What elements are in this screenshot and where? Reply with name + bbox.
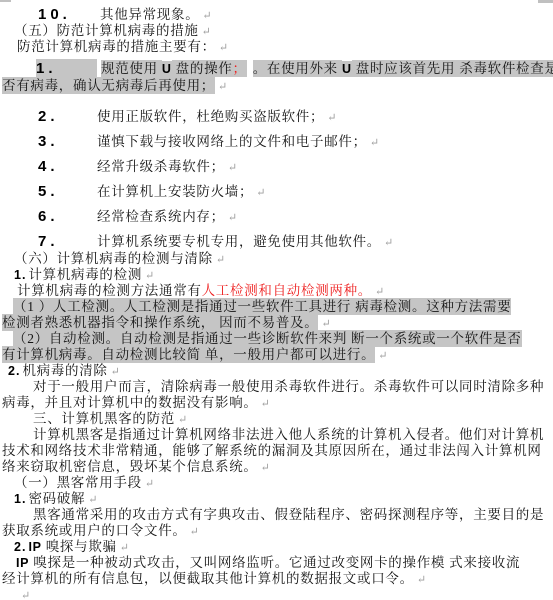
manual-detection-line-1: （1 ）人工检测。人工检测是指通过一些软件工具进行 病毒检测。这种方法需要 bbox=[0, 299, 553, 315]
paragraph-mark: ↵ bbox=[178, 414, 187, 426]
paragraph-mark: ↵ bbox=[21, 590, 30, 600]
paragraph-mark: ↵ bbox=[375, 286, 384, 298]
text-run: 嗅探与欺骗 bbox=[42, 539, 117, 554]
password-cracking-line-2: 获取系统或用户的口令文件。↵ bbox=[0, 523, 553, 539]
list-item-5: 5.在计算机上安装防火墙；↵ bbox=[0, 183, 553, 201]
heading-section-3-hackers: 三、计算机黑客的防范↵ bbox=[0, 411, 553, 427]
heading-section-5: （五）防范计算机病毒的措施↵ bbox=[0, 23, 553, 39]
auto-detection-line-2: 有计算机病毒。自动检测比较简 单，一般用户都可以进行。↵ bbox=[0, 347, 553, 363]
latin-text: IP bbox=[28, 540, 41, 554]
page-boundary-mark-left bbox=[0, 0, 11, 2]
paragraph-mark: ↵ bbox=[384, 237, 393, 249]
text-run: 使用正版软件，杜绝购买盗版软件； bbox=[97, 109, 324, 124]
list-number: 2. bbox=[8, 364, 20, 378]
paragraph-mark: ↵ bbox=[228, 212, 237, 224]
list-number: 3. bbox=[38, 133, 97, 151]
paragraph-mark: ↵ bbox=[219, 42, 228, 54]
paragraph-mark: ↵ bbox=[111, 366, 120, 378]
detection-methods-line: 计算机病毒的检测方法通常有人工检测和自动检测两种。↵ bbox=[0, 283, 553, 299]
text-run: 获取系统或用户的口令文件。 bbox=[2, 523, 187, 538]
ip-sniffing-line-2: 经计算机的所有信息包，以便截取其他计算机的数据报文或口令。↵ bbox=[0, 571, 553, 587]
empty-paragraph: ↵ bbox=[0, 587, 553, 600]
highlighted-text: 规范使用 bbox=[101, 60, 162, 77]
page-boundary-mark-right bbox=[538, 0, 553, 3]
heading-ip-sniffing: 2.IP 嗅探与欺骗↵ bbox=[0, 539, 553, 555]
paragraph-mark: ↵ bbox=[327, 112, 336, 124]
list-item-2: 2.使用正版软件，杜绝购买盗版软件；↵ bbox=[0, 108, 553, 126]
document-body: 10.其他异常现象。↵（五）防范计算机病毒的措施↵防范计算机病毒的措施主要有：↵… bbox=[0, 0, 553, 600]
text-run: 在计算机上安装防火墙； bbox=[97, 184, 253, 199]
paragraph-mark: ↵ bbox=[370, 137, 379, 149]
latin-text: U bbox=[342, 61, 352, 77]
heading-10-other-anomalies: 10.其他异常现象。↵ bbox=[0, 6, 553, 23]
paragraph-mark: ↵ bbox=[190, 526, 199, 538]
text-run: 其他异常现象。 bbox=[100, 7, 199, 22]
paragraph-mark: ↵ bbox=[216, 254, 225, 266]
highlighted-text: （1 ）人工检测。人工检测是指通过一些软件工具进行 病毒检测。这种方法需要 bbox=[13, 298, 511, 315]
highlighted-text: 否有病毒，确认无病毒后再使用； bbox=[2, 77, 215, 94]
highlighted-text: （2）自动检测。自动检测是指通过一些诊断软件来判 断一个系统或一个软件是否 bbox=[13, 330, 522, 347]
text-run: 嗅探是一种被动式攻击，又叫网络监听。它通过改变网卡的操作模 式来接收流 bbox=[29, 555, 520, 570]
text-run: 经常升级杀毒软件； bbox=[97, 159, 225, 174]
text-run: 计算机病毒的检测 bbox=[28, 267, 142, 282]
highlighted-text: 盘的操作 bbox=[172, 60, 233, 77]
text-run: 防范计算机病毒的措施主要有： bbox=[17, 39, 216, 54]
word-document-page: { "page": { "background": "#ffffff", "hi… bbox=[0, 0, 553, 600]
paragraph-mark: ↵ bbox=[202, 10, 211, 22]
list-number: 4. bbox=[38, 158, 97, 176]
highlighted-text: 检测者熟悉机器指令和操作系统， 因而不易普及。 bbox=[2, 314, 318, 331]
auto-detection-line-1: （2）自动检测。自动检测是指通过一些诊断软件来判 断一个系统或一个软件是否 bbox=[0, 331, 553, 347]
manual-detection-line-2: 检测者熟悉机器指令和操作系统， 因而不易普及。↵ bbox=[0, 315, 553, 331]
text-run: 谨慎下载与接收网络上的文件和电子邮件； bbox=[97, 134, 367, 149]
paragraph-mark: ↵ bbox=[120, 542, 129, 554]
text-run: 黑客通常采用的攻击方式有字典攻击、假登陆程序、密码探测程序等，主要目的是 bbox=[33, 507, 544, 522]
text-run: 经常检查系统内存； bbox=[97, 209, 225, 224]
password-cracking-line-1: 黑客通常采用的攻击方式有字典攻击、假登陆程序、密码探测程序等，主要目的是 bbox=[0, 507, 553, 523]
paragraph-mark: ↵ bbox=[145, 270, 154, 282]
paragraph-mark: ↵ bbox=[256, 187, 265, 199]
latin-text: IP bbox=[16, 556, 29, 570]
highlighted-text: 盘时应该首先用 杀毒软件检查是 bbox=[352, 60, 553, 77]
text-run: 计算机病毒的检测方法通常有 bbox=[17, 283, 202, 298]
ip-sniffing-line-1: IP 嗅探是一种被动式攻击，又叫网络监听。它通过改变网卡的操作模 式来接收流 bbox=[0, 555, 553, 571]
latin-text: U bbox=[162, 61, 172, 77]
text-run: 技术和网络技术非常精通，能够了解系统的漏洞及其原因所在，通过非法闯入计算机网 bbox=[2, 443, 542, 458]
text-run: 对于一般用户而言，清除病毒一般使用杀毒软件进行。杀毒软件可以同时清除多种 bbox=[33, 379, 544, 394]
list-item-4: 4.经常升级杀毒软件；↵ bbox=[0, 158, 553, 176]
list-number: 1. bbox=[14, 492, 26, 506]
paragraph-mark: ↵ bbox=[88, 494, 97, 506]
text-run: （一）黑客常用手段 bbox=[14, 475, 142, 490]
list-item-1-line-2: 否有病毒，确认无病毒后再使用；↵ bbox=[0, 77, 553, 95]
paragraph-mark: ↵ bbox=[202, 26, 211, 38]
heading-section-6: （六）计算机病毒的检测与清除↵ bbox=[0, 251, 553, 267]
list-item-6: 6.经常检查系统内存；↵ bbox=[0, 208, 553, 226]
paragraph-mark: ↵ bbox=[218, 81, 227, 93]
list-number: 5. bbox=[38, 183, 97, 201]
paragraph-mark: ↵ bbox=[321, 318, 330, 330]
list-number: 2. bbox=[14, 540, 26, 554]
removal-line-1: 对于一般用户而言，清除病毒一般使用杀毒软件进行。杀毒软件可以同时清除多种 bbox=[0, 379, 553, 395]
heading-hacker-methods: （一）黑客常用手段↵ bbox=[0, 475, 553, 491]
intro-measures: 防范计算机病毒的措施主要有：↵ bbox=[0, 39, 553, 55]
heading-detection: 1.计算机病毒的检测↵ bbox=[0, 267, 553, 283]
list-number: 7. bbox=[38, 233, 97, 251]
list-item-3: 3.谨慎下载与接收网络上的文件和电子邮件；↵ bbox=[0, 133, 553, 151]
list-number: 10. bbox=[38, 6, 100, 23]
heading-password-cracking: 1.密码破解↵ bbox=[0, 491, 553, 507]
hacker-intro-line-1: 计算机黑客是指通过计算机网络非法进入他人系统的计算机入侵者。他们对计算机 bbox=[0, 427, 553, 443]
paragraph-mark: ↵ bbox=[261, 462, 270, 474]
text-run: 络来窃取机密信息，毁坏某个信息系统。 bbox=[2, 459, 258, 474]
red-text: 人工检测和自动检测两种。 bbox=[202, 283, 372, 298]
text-run: （六）计算机病毒的检测与清除 bbox=[14, 251, 213, 266]
highlighted-text: 有计算机病毒。自动检测比较简 单，一般用户都可以进行。 bbox=[2, 346, 375, 363]
heading-removal: 2.机病毒的清除↵ bbox=[0, 363, 553, 379]
highlighted-text: 。在使用外来 bbox=[253, 60, 342, 77]
removal-line-2: 病毒，并且对计算机中的数据没有影响。↵ bbox=[0, 395, 553, 411]
red-text: ； bbox=[232, 60, 246, 77]
list-number: 6. bbox=[38, 208, 97, 226]
text-run: 经计算机的所有信息包，以便截取其他计算机的数据报文或口令。 bbox=[2, 571, 414, 586]
hacker-intro-line-2: 技术和网络技术非常精通，能够了解系统的漏洞及其原因所在，通过非法闯入计算机网 bbox=[0, 443, 553, 459]
text-run: 机病毒的清除 bbox=[22, 363, 107, 378]
list-item-1-line-1: 1.规范使用 U 盘的操作；。在使用外来 U 盘时应该首先用 杀毒软件检查是 bbox=[0, 59, 553, 77]
paragraph-mark: ↵ bbox=[417, 574, 426, 586]
text-run: 密码破解 bbox=[28, 491, 85, 506]
text-run: 三、计算机黑客的防范 bbox=[33, 411, 175, 426]
text-run: 病毒，并且对计算机中的数据没有影响。 bbox=[2, 395, 258, 410]
paragraph-mark: ↵ bbox=[261, 398, 270, 410]
paragraph-mark: ↵ bbox=[228, 162, 237, 174]
list-number: 1. bbox=[36, 59, 97, 79]
list-number: 2. bbox=[38, 108, 97, 126]
paragraph-mark: ↵ bbox=[378, 350, 387, 362]
list-number: 1. bbox=[14, 268, 26, 282]
paragraph-mark: ↵ bbox=[145, 478, 154, 490]
list-item-7: 7.计算机系统要专机专用，避免使用其他软件。↵ bbox=[0, 233, 553, 251]
hacker-intro-line-3: 络来窃取机密信息，毁坏某个信息系统。↵ bbox=[0, 459, 553, 475]
text-run: 计算机黑客是指通过计算机网络非法进入他人系统的计算机入侵者。他们对计算机 bbox=[33, 427, 544, 442]
text-run: 计算机系统要专机专用，避免使用其他软件。 bbox=[97, 234, 381, 249]
text-run: （五）防范计算机病毒的措施 bbox=[14, 23, 199, 38]
